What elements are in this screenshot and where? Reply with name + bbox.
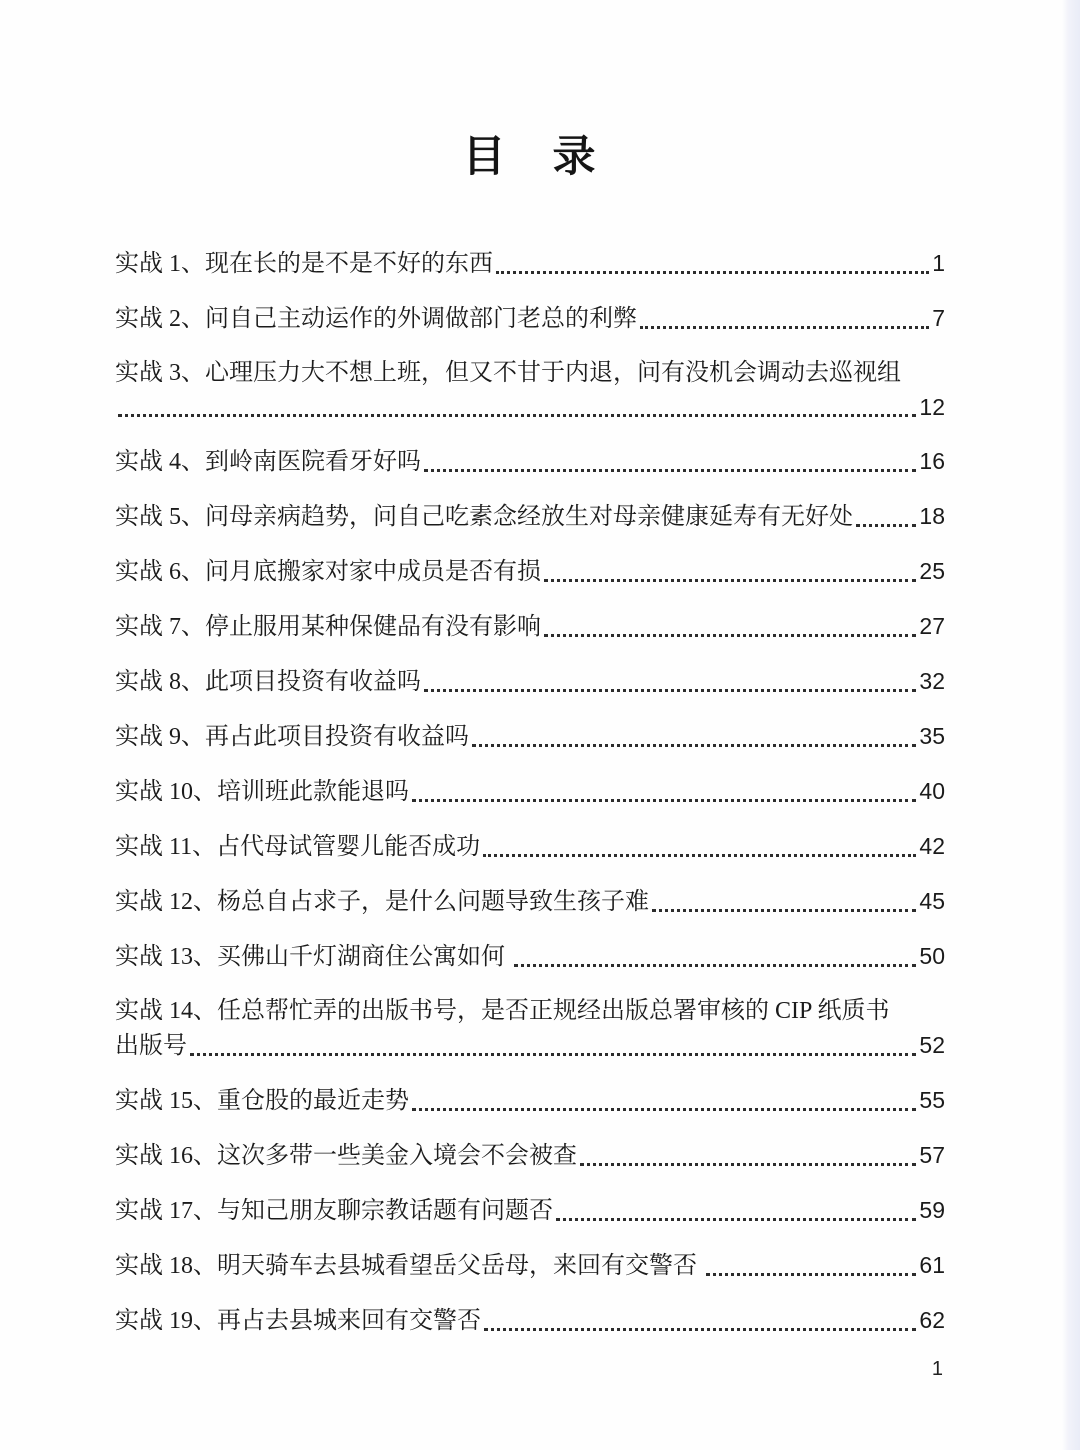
toc-entry: 实战 12、杨总自占求子，是什么问题导致生孩子难45 xyxy=(115,884,945,919)
toc-entry: 实战 8、此项目投资有收益吗32 xyxy=(115,664,945,699)
toc-page-number: 45 xyxy=(919,884,945,918)
toc-entry: 实战 6、问月底搬家对家中成员是否有损25 xyxy=(115,554,945,589)
toc-entry-label: 实战 2、问自己主动运作的外调做部门老总的利弊 xyxy=(115,302,637,336)
toc-page-number: 40 xyxy=(919,774,945,808)
dot-leader xyxy=(706,1273,916,1276)
toc-entry-label: 实战 12、杨总自占求子，是什么问题导致生孩子难 xyxy=(115,885,649,919)
toc-entry: 实战 16、这次多带一些美金入境会不会被查57 xyxy=(115,1138,945,1173)
toc-entry: 实战 13、买佛山千灯湖商住公寓如何 50 xyxy=(115,939,945,974)
page-number: 1 xyxy=(115,1358,945,1381)
toc-page-number: 55 xyxy=(919,1083,945,1117)
dot-leader xyxy=(424,469,916,472)
toc-entry-label: 实战 17、与知己朋友聊宗教话题有问题否 xyxy=(115,1194,553,1228)
dot-leader xyxy=(544,634,916,637)
toc-entry: 实战 17、与知己朋友聊宗教话题有问题否59 xyxy=(115,1193,945,1228)
dot-leader xyxy=(556,1218,916,1221)
toc-entry: 实战 15、重仓股的最近走势55 xyxy=(115,1083,945,1118)
toc-entry: 实战 18、明天骑车去县城看望岳父岳母，来回有交警否 61 xyxy=(115,1248,945,1283)
toc-entry-label: 出版号 xyxy=(115,1029,187,1063)
toc-page-number: 18 xyxy=(919,499,945,533)
toc-page-number: 52 xyxy=(919,1028,945,1062)
toc-entry: 实战 9、再占此项目投资有收益吗35 xyxy=(115,719,945,754)
dot-leader xyxy=(544,579,916,582)
table-of-contents: 实战 1、现在长的是不是不好的东西1实战 2、问自己主动运作的外调做部门老总的利… xyxy=(115,246,945,1338)
toc-entry-label: 实战 19、再占去县城来回有交警否 xyxy=(115,1304,481,1338)
toc-entry: 实战 7、停止服用某种保健品有没有影响27 xyxy=(115,609,945,644)
toc-page-number: 32 xyxy=(919,664,945,698)
dot-leader xyxy=(118,414,916,417)
toc-entry-label: 实战 10、培训班此款能退吗 xyxy=(115,775,409,809)
toc-page-number: 7 xyxy=(932,301,945,335)
toc-entry-label: 实战 13、买佛山千灯湖商住公寓如何 xyxy=(115,940,511,974)
toc-entry-label: 实战 15、重仓股的最近走势 xyxy=(115,1084,409,1118)
toc-entry-label: 实战 16、这次多带一些美金入境会不会被查 xyxy=(115,1139,577,1173)
toc-entry-label: 实战 3、心理压力大不想上班，但又不甘于内退，问有没机会调动去巡视组 xyxy=(115,356,901,390)
toc-entry: 实战 14、任总帮忙弄的出版书号，是否正规经出版总署审核的 CIP 纸质书出版号… xyxy=(115,994,945,1063)
dot-leader xyxy=(483,854,916,857)
toc-entry: 实战 10、培训班此款能退吗40 xyxy=(115,774,945,809)
toc-entry-label: 实战 6、问月底搬家对家中成员是否有损 xyxy=(115,555,541,589)
toc-entry: 实战 4、到岭南医院看牙好吗16 xyxy=(115,444,945,479)
toc-page-number: 42 xyxy=(919,829,945,863)
toc-entry-label: 实战 11、占代母试管婴儿能否成功 xyxy=(115,830,480,864)
dot-leader xyxy=(640,326,929,329)
toc-entry-label: 实战 1、现在长的是不是不好的东西 xyxy=(115,247,493,281)
dot-leader xyxy=(484,1328,916,1331)
toc-page-number: 50 xyxy=(919,939,945,973)
toc-entry-label: 实战 5、问母亲病趋势，问自己吃素念经放生对母亲健康延寿有无好处 xyxy=(115,500,853,534)
toc-entry-label: 实战 8、此项目投资有收益吗 xyxy=(115,665,421,699)
toc-page-number: 59 xyxy=(919,1193,945,1227)
toc-page-number: 12 xyxy=(919,390,945,424)
dot-leader xyxy=(424,689,916,692)
dot-leader xyxy=(412,799,916,802)
toc-entry: 实战 5、问母亲病趋势，问自己吃素念经放生对母亲健康延寿有无好处18 xyxy=(115,499,945,534)
toc-page-number: 61 xyxy=(919,1248,945,1282)
dot-leader xyxy=(412,1108,916,1111)
page-title: 目 录 xyxy=(115,0,945,186)
dot-leader xyxy=(514,964,916,967)
toc-page-number: 35 xyxy=(919,719,945,753)
toc-entry: 实战 3、心理压力大不想上班，但又不甘于内退，问有没机会调动去巡视组12 xyxy=(115,356,945,424)
toc-entry-label: 实战 4、到岭南医院看牙好吗 xyxy=(115,445,421,479)
toc-page-number: 16 xyxy=(919,444,945,478)
dot-leader xyxy=(472,744,916,747)
toc-page-number: 25 xyxy=(919,554,945,588)
document-page: 目 录 实战 1、现在长的是不是不好的东西1实战 2、问自己主动运作的外调做部门… xyxy=(0,0,1080,1381)
dot-leader xyxy=(190,1053,916,1056)
toc-page-number: 27 xyxy=(919,609,945,643)
toc-entry-label: 实战 7、停止服用某种保健品有没有影响 xyxy=(115,610,541,644)
toc-entry-label: 实战 18、明天骑车去县城看望岳父岳母，来回有交警否 xyxy=(115,1249,703,1283)
toc-entry: 实战 11、占代母试管婴儿能否成功42 xyxy=(115,829,945,864)
toc-page-number: 62 xyxy=(919,1303,945,1337)
dot-leader xyxy=(580,1163,916,1166)
toc-entry: 实战 19、再占去县城来回有交警否62 xyxy=(115,1303,945,1338)
toc-entry: 实战 2、问自己主动运作的外调做部门老总的利弊7 xyxy=(115,301,945,336)
dot-leader xyxy=(856,524,916,527)
dot-leader xyxy=(652,909,916,912)
toc-page-number: 1 xyxy=(932,246,945,280)
toc-entry-label: 实战 9、再占此项目投资有收益吗 xyxy=(115,720,469,754)
toc-entry: 实战 1、现在长的是不是不好的东西1 xyxy=(115,246,945,281)
dot-leader xyxy=(496,271,929,274)
toc-entry-label: 实战 14、任总帮忙弄的出版书号，是否正规经出版总署审核的 CIP 纸质书 xyxy=(115,994,889,1028)
toc-page-number: 57 xyxy=(919,1138,945,1172)
